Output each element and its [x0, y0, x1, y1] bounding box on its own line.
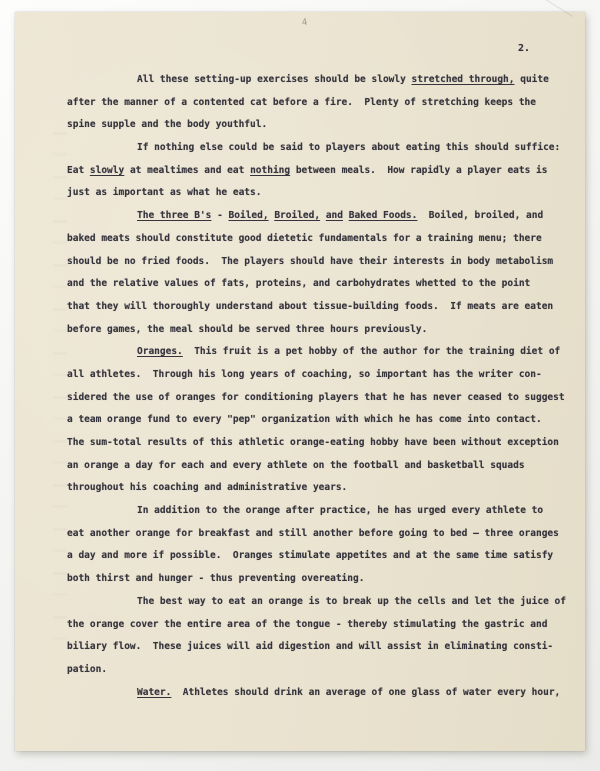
pencil-stray-mark: 4: [301, 18, 308, 29]
text-line: The best way to eat an orange is to brea…: [67, 591, 577, 614]
text-line: Oranges. This fruit is a pet hobby of th…: [67, 341, 577, 364]
text-line: The sum-total results of this athletic o…: [67, 432, 577, 455]
text-line: eat another orange for breakfast and sti…: [67, 523, 577, 546]
text-line: after the manner of a contented cat befo…: [67, 92, 577, 115]
ink-bleed-through: [53, 132, 67, 652]
paragraph-three-bs: The three B's - Boiled, Broiled, and Bak…: [67, 205, 577, 341]
page-number: 2.: [518, 43, 530, 54]
text-line: All these setting-up exercises should be…: [67, 69, 577, 92]
paragraph-water: Water. Athletes should drink an average …: [67, 682, 577, 705]
paper-crease: [522, 0, 573, 17]
paragraph-stretching: All these setting-up exercises should be…: [67, 69, 577, 137]
text-line: all athletes. Through his long years of …: [67, 364, 577, 387]
text-line: the orange cover the entire area of the …: [67, 614, 577, 637]
text-line: an orange a day for each and every athle…: [67, 455, 577, 478]
text-line: and the relative values of fats, protein…: [67, 273, 577, 296]
text-line: should be no fried foods. The players sh…: [67, 251, 577, 274]
text-line: before games, the meal should be served …: [67, 319, 577, 342]
paragraph-orange-schedule: In addition to the orange after practice…: [67, 500, 577, 591]
text-line: If nothing else could be said to players…: [67, 137, 577, 160]
text-line: sidered the use of oranges for condition…: [67, 387, 577, 410]
text-line: Eat slowly at mealtimes and eat nothing …: [67, 160, 577, 183]
document-page: 4 2. All these setting-up exercises shou…: [15, 12, 585, 751]
text-line: that they will thoroughly understand abo…: [67, 296, 577, 319]
text-line: a team orange fund to every "pep" organi…: [67, 409, 577, 432]
text-line: throughout his coaching and administrati…: [67, 477, 577, 500]
text-line: Water. Athletes should drink an average …: [67, 682, 577, 705]
text-line: baked meats should constitute good diete…: [67, 228, 577, 251]
text-line: just as important as what he eats.: [67, 182, 577, 205]
paragraph-oranges: Oranges. This fruit is a pet hobby of th…: [67, 341, 577, 500]
text-line: both thirst and hunger - thus preventing…: [67, 568, 577, 591]
text-line: The three B's - Boiled, Broiled, and Bak…: [67, 205, 577, 228]
text-line: spine supple and the body youthful.: [67, 114, 577, 137]
text-line: pation.: [67, 659, 577, 682]
text-line: In addition to the orange after practice…: [67, 500, 577, 523]
paragraph-eating-an-orange: The best way to eat an orange is to brea…: [67, 591, 577, 682]
text-line: a day and more if possible. Oranges stim…: [67, 545, 577, 568]
paragraph-eating: If nothing else could be said to players…: [67, 137, 577, 205]
text-block: All these setting-up exercises should be…: [67, 69, 577, 704]
text-line: biliary flow. These juices will aid dige…: [67, 636, 577, 659]
